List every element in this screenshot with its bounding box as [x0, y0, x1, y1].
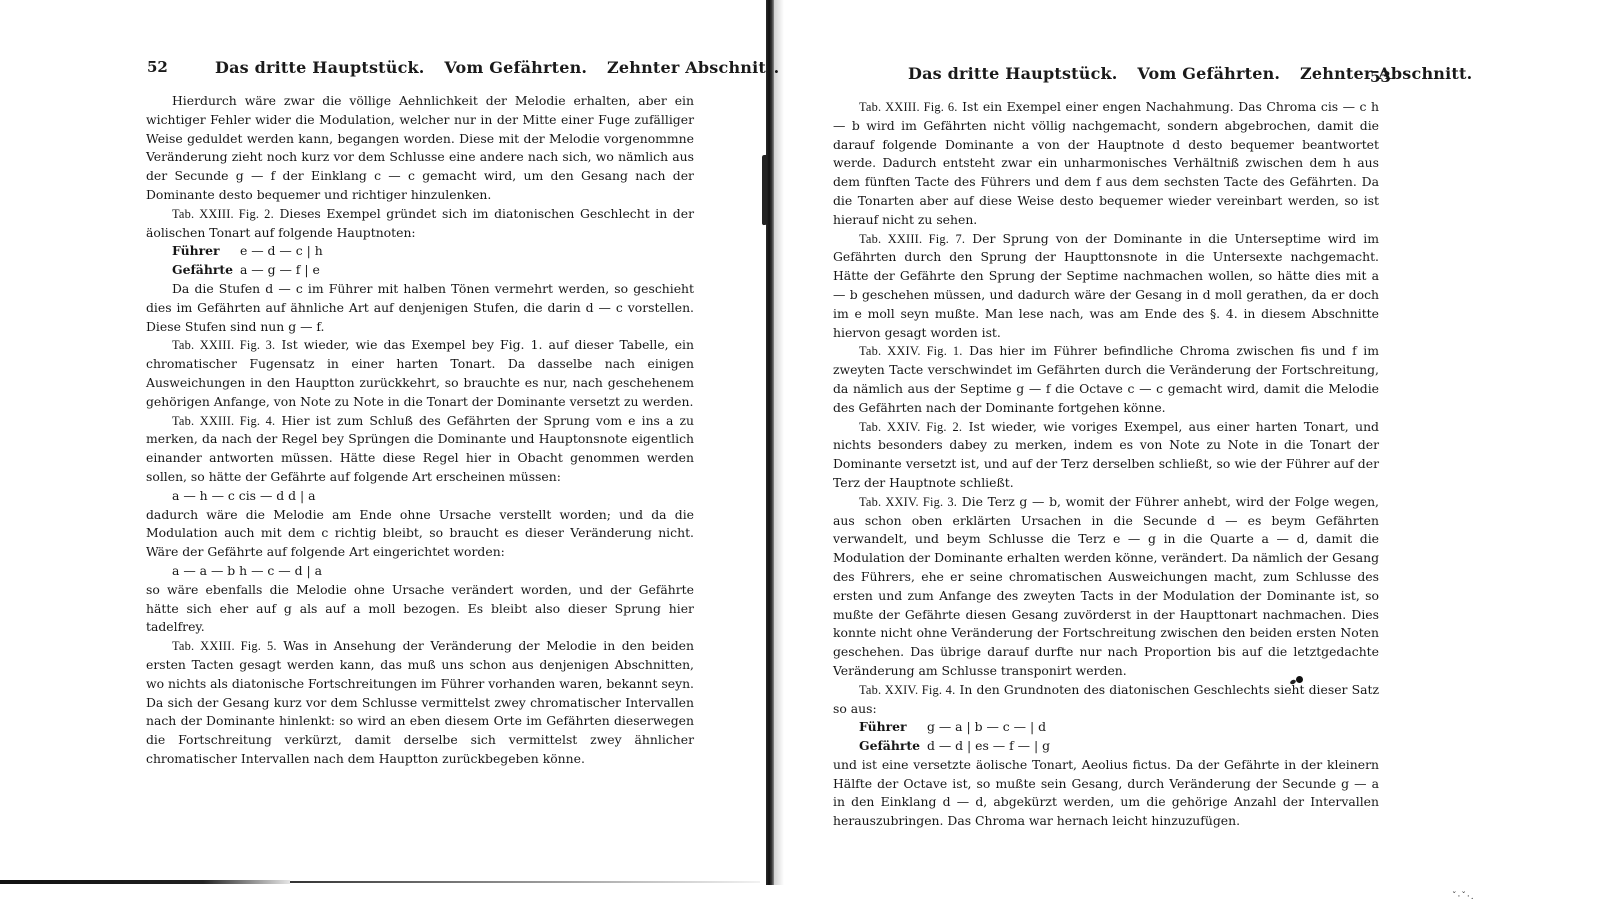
paragraph: und ist eine versetzte äolische Tonart, … [833, 756, 1379, 831]
notes-line-gefaehrte: Gefährte a — g — f | e [146, 261, 694, 280]
running-head-left: Das dritte Hauptstück. Vom Gefährten. Ze… [215, 58, 793, 77]
paragraph: dadurch wäre die Melodie am Ende ohne Ur… [146, 506, 694, 562]
figure-reference: Tab. XXIII. Fig. 4. [172, 414, 275, 428]
figure-reference: Tab. XXIII. Fig. 6. [859, 100, 958, 114]
scan-speckle: ˇ·ˇ·. [1452, 892, 1475, 902]
figure-reference: Tab. XXIV. Fig. 2. [859, 420, 962, 434]
notes-line-gefaehrte: Gefährte d — d | es — f — | g [833, 737, 1379, 756]
book-spread: 52 Das dritte Hauptstück. Vom Gefährten.… [0, 0, 1599, 918]
paragraph-fig3: Tab. XXIII. Fig. 3. Ist wieder, wie das … [146, 336, 694, 411]
right-page-body: Tab. XXIII. Fig. 6. Ist ein Exempel eine… [833, 98, 1379, 831]
paragraph-fig2: Tab. XXIII. Fig. 2. Dieses Exempel gründ… [146, 205, 694, 243]
notes-line-fuehrer: Führer e — d — c | h [146, 242, 694, 261]
figure-reference: Tab. XXIV. Fig. 3. [859, 495, 957, 509]
figure-reference: Tab. XXIII. Fig. 7. [859, 232, 965, 246]
figure-reference: Tab. XXIV. Fig. 1. [859, 344, 963, 358]
paragraph-fig7: Tab. XXIII. Fig. 7. Der Sprung von der D… [833, 230, 1379, 343]
page-bottom-edge [0, 880, 290, 884]
page-number-left: 52 [147, 58, 168, 76]
notes-line-example-a: a — h — c cis — d d | a [146, 487, 694, 506]
paragraph-xxiv-fig2: Tab. XXIV. Fig. 2. Ist wieder, wie vorig… [833, 418, 1379, 493]
figure-reference: Tab. XXIII. Fig. 5. [172, 639, 277, 653]
paragraph: so wäre ebenfalls die Melodie ohne Ursac… [146, 581, 694, 637]
running-head-section: Zehnter Abschnitt. [607, 58, 779, 77]
left-page-body: Hierdurch wäre zwar die völlige Aehnlich… [146, 92, 694, 769]
gutter-tear-mark [762, 155, 767, 226]
ink-blot-mark [1290, 676, 1304, 684]
running-head-topic: Vom Gefährten. [1137, 64, 1280, 83]
figure-reference: Tab. XXIII. Fig. 2. [172, 207, 274, 221]
figure-reference: Tab. XXIII. Fig. 3. [172, 338, 275, 352]
running-head-right: Das dritte Hauptstück. Vom Gefährten. Ze… [908, 64, 1486, 83]
paragraph-xxiv-fig4: Tab. XXIV. Fig. 4. In den Grundnoten des… [833, 681, 1379, 719]
paragraph-fig4: Tab. XXIII. Fig. 4. Hier ist zum Schluß … [146, 412, 694, 487]
running-head-topic: Vom Gefährten. [444, 58, 587, 77]
notes-line-example-b: a — a — b h — c — d | a [146, 562, 694, 581]
left-page: 52 Das dritte Hauptstück. Vom Gefährten.… [0, 0, 770, 918]
paragraph-xxiv-fig1: Tab. XXIV. Fig. 1. Das hier im Führer be… [833, 342, 1379, 417]
right-page: Das dritte Hauptstück. Vom Gefährten. Ze… [770, 0, 1599, 918]
page-number-right: 53 [1370, 68, 1391, 86]
notes-line-fuehrer: Führer g — a | b — c — | d [833, 718, 1379, 737]
running-head-part: Das dritte Hauptstück. [215, 58, 425, 77]
paragraph-xxiv-fig3: Tab. XXIV. Fig. 3. Die Terz g — b, womit… [833, 493, 1379, 681]
paragraph: Da die Stufen d — c im Führer mit halben… [146, 280, 694, 336]
paragraph-fig6: Tab. XXIII. Fig. 6. Ist ein Exempel eine… [833, 98, 1379, 230]
page-bottom-edge-fade [290, 881, 760, 883]
figure-reference: Tab. XXIV. Fig. 4. [859, 683, 955, 697]
running-head-part: Das dritte Hauptstück. [908, 64, 1118, 83]
paragraph: Hierdurch wäre zwar die völlige Aehnlich… [146, 92, 694, 205]
paragraph-fig5: Tab. XXIII. Fig. 5. Was in Ansehung der … [146, 637, 694, 769]
